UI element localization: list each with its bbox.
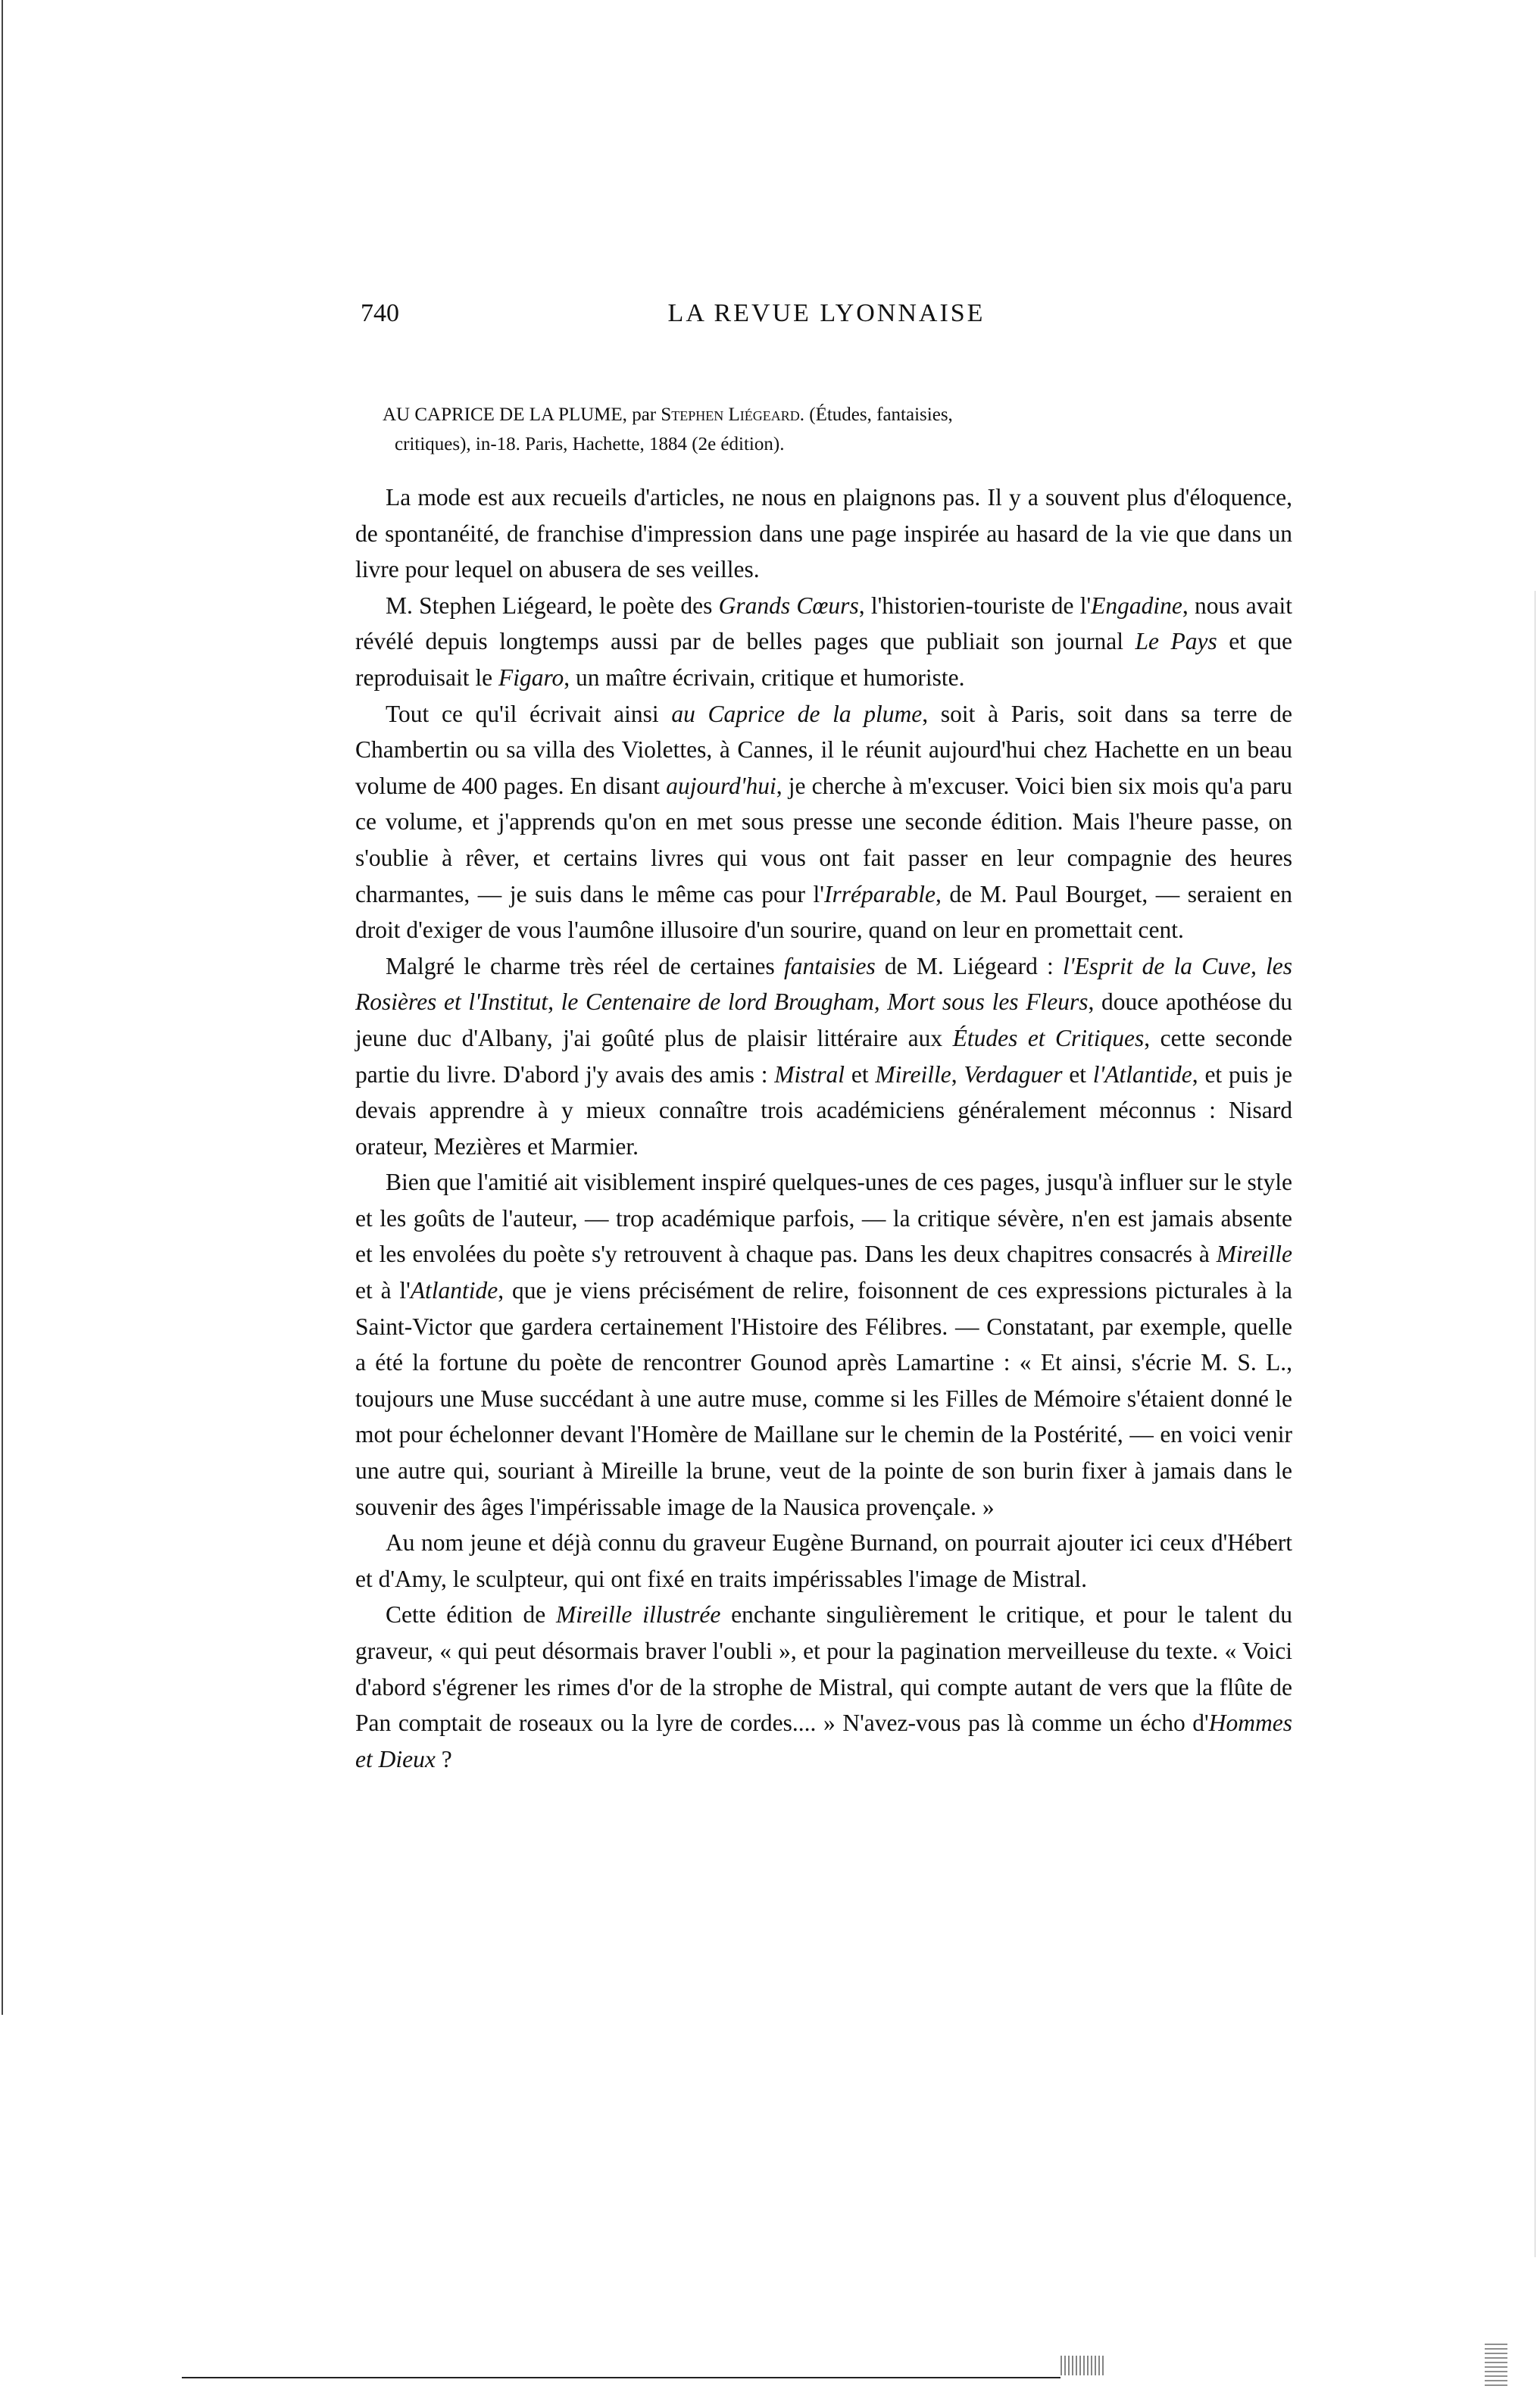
- paragraph: M. Stephen Liégeard, le poète des Grands…: [355, 588, 1292, 696]
- paragraph: Tout ce qu'il écrivait ainsi au Caprice …: [355, 696, 1292, 948]
- citation-by: par: [632, 404, 656, 425]
- italic-title: Études et Critiques: [953, 1025, 1145, 1051]
- book-citation: AU CAPRICE DE LA PLUME, par Stephen Liég…: [383, 400, 1295, 459]
- text-run: , un maître écrivain, critique et humori…: [564, 664, 964, 691]
- scan-bottom-edge-rule: [182, 2377, 1061, 2378]
- paragraph: Au nom jeune et déjà connu du graveur Eu…: [355, 1525, 1292, 1597]
- text-run: M. Stephen Liégeard, le poète des: [386, 592, 719, 619]
- journal-title: LA REVUE LYONNAISE: [361, 299, 1292, 328]
- italic-title: Mistral: [774, 1061, 845, 1088]
- text-run: Bien que l'amitié ait visiblement inspir…: [355, 1169, 1292, 1267]
- italic-title: Engadine: [1091, 592, 1182, 619]
- paragraph: Malgré le charme très réel de certaines …: [355, 948, 1292, 1165]
- italic-title: Mireille illustrée: [556, 1601, 720, 1628]
- text-run: ?: [436, 1746, 452, 1772]
- paragraph: La mode est aux recueils d'articles, ne …: [355, 479, 1292, 588]
- text-run: ,: [951, 1061, 964, 1088]
- italic-title: fantaisies: [784, 953, 876, 979]
- citation-title: AU CAPRICE DE LA PLUME,: [383, 404, 627, 425]
- citation-line2: critiques), in-18. Paris, Hachette, 1884…: [383, 429, 1295, 459]
- scan-left-edge-rule: [2, 0, 3, 2015]
- running-head: 740 LA REVUE LYONNAISE: [361, 299, 1292, 337]
- article-body: La mode est aux recueils d'articles, ne …: [355, 479, 1292, 1777]
- italic-title: au Caprice de la plume: [671, 701, 922, 727]
- text-run: et: [1062, 1061, 1092, 1088]
- citation-author: Stephen Liégeard.: [661, 404, 804, 425]
- paragraph: Cette édition de Mireille illustrée ench…: [355, 1597, 1292, 1777]
- text-run: de M. Liégeard :: [876, 953, 1063, 979]
- italic-title: Le Pays: [1135, 628, 1217, 654]
- text-run: Au nom jeune et déjà connu du graveur Eu…: [355, 1529, 1292, 1592]
- citation-rest: (Études, fantaisies,: [809, 404, 953, 425]
- italic-title: l'Atlantide: [1093, 1061, 1192, 1088]
- paragraph: Bien que l'amitié ait visiblement inspir…: [355, 1164, 1292, 1525]
- text-run: , que je viens précisément de relire, fo…: [355, 1277, 1292, 1520]
- scan-corner-smudge: [1485, 2341, 1507, 2386]
- text-run: La mode est aux recueils d'articles, ne …: [355, 484, 1292, 582]
- italic-title: Mireille: [1217, 1241, 1292, 1267]
- text-run: et à l': [355, 1277, 411, 1304]
- italic-title: Irréparable: [824, 881, 936, 907]
- italic-title: Atlantide: [411, 1277, 498, 1304]
- text-run: , l'historien-touriste de l': [859, 592, 1091, 619]
- text-run: Cette édition de: [386, 1601, 556, 1628]
- scan-right-edge-rule: [1535, 591, 1535, 2257]
- italic-title: Mireille: [875, 1061, 951, 1088]
- text-run: et: [845, 1061, 875, 1088]
- text-run: Tout ce qu'il écrivait ainsi: [386, 701, 671, 727]
- scan-bottom-smudge: [1061, 2356, 1106, 2375]
- italic-title: Verdaguer: [964, 1061, 1062, 1088]
- italic-title: Grands Cœurs: [719, 592, 859, 619]
- text-run: Malgré le charme très réel de certaines: [386, 953, 784, 979]
- italic-title: aujourd'hui: [666, 773, 776, 799]
- italic-title: Figaro: [498, 664, 564, 691]
